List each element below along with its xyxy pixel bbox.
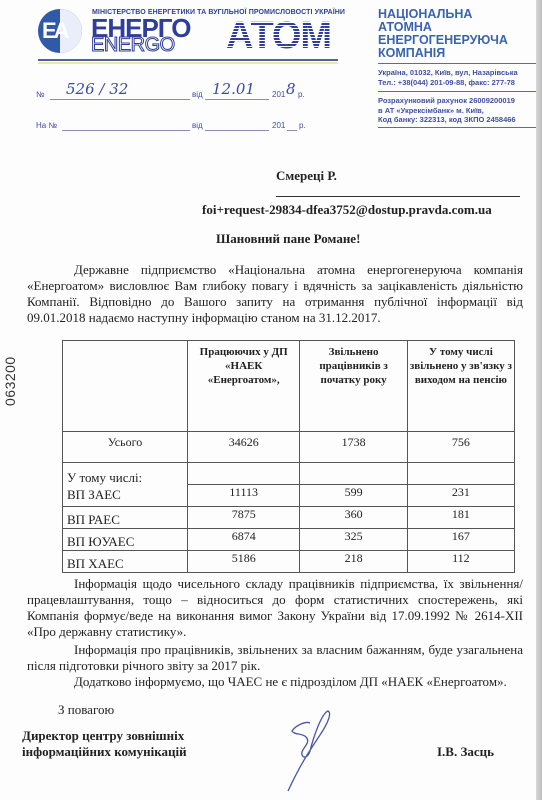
cell-retired: 756	[407, 432, 514, 463]
outgoing-number-label: №	[36, 90, 45, 99]
date-label: від	[192, 90, 203, 99]
row-label: ВП ХАЕС	[63, 551, 188, 573]
header-cell	[63, 341, 188, 432]
greeting: Шановний пане Романе!	[216, 231, 360, 247]
year-suffix: 8	[286, 80, 296, 98]
reply-number-label: На №	[36, 121, 57, 130]
brand-energo-lat: ENERGO	[91, 35, 175, 55]
cell-working: 7875	[187, 507, 299, 529]
table-row: ВП РАЕС 7875 360 181	[63, 507, 515, 529]
reply-year-unit: р.	[299, 121, 306, 130]
signatory-name: І.В. Засць	[437, 744, 494, 760]
table-row: ВП ХАЕС 5186 218 112	[63, 551, 515, 573]
cell-retired: 167	[407, 529, 514, 551]
closing-regards: З повагою	[58, 702, 114, 718]
company-name: НАЦІОНАЛЬНА АТОМНА ЕНЕРГОГЕНЕРУЮЧА КОМПА…	[378, 8, 508, 60]
cell-dismissed: 599	[300, 485, 407, 507]
header-divider-yellow	[38, 62, 338, 64]
cell-dismissed: 325	[300, 529, 407, 551]
year-unit: р.	[298, 90, 305, 99]
header-divider	[38, 59, 338, 61]
header-cell: Звільнено працівників з початку року	[300, 341, 407, 432]
company-address: Україна, 01032, Київ, вул, Назарівська Т…	[378, 68, 518, 87]
brand-atom: АТОМ	[226, 17, 331, 55]
cell-dismissed: 218	[300, 551, 407, 573]
date-value: 12.01	[212, 80, 255, 98]
outgoing-number-value: 526 / 32	[66, 80, 128, 98]
header-cell: Працюючих у ДП «НАЕК «Енергоатом»,	[187, 341, 299, 432]
cell-retired: 112	[407, 551, 514, 573]
cell-dismissed: 1738	[300, 432, 407, 463]
row-label: ВП РАЕС	[63, 507, 188, 529]
cell-working: 11113	[187, 485, 299, 507]
addressee-email: foi+request-29834-dfea3752@dostup.pravda…	[202, 202, 492, 218]
bank-details: Розрахунковий рахунок 26009200019 в АТ «…	[378, 96, 516, 125]
chaes-paragraph: Додатково інформуємо, що ЧАЕС не є підро…	[27, 674, 523, 690]
addressee-divider	[276, 196, 520, 197]
header-cell: У тому числі звільнено у зв'язку з виход…	[407, 341, 514, 432]
table-row-subheading: У тому числі: ВП ЗАЕС	[63, 463, 515, 485]
reply-date-underline	[205, 130, 269, 131]
letter-page: ЕА МІНІСТЕРСТВО ЕНЕРГЕТИКИ ТА ВУГІЛЬНОЇ …	[0, 0, 542, 800]
cell-working: 5186	[187, 551, 299, 573]
bank-divider	[378, 127, 538, 128]
reply-number-underline	[62, 130, 190, 131]
date-underline	[205, 99, 269, 100]
energoatom-logo-icon: ЕА	[38, 9, 82, 53]
company-divider	[378, 63, 538, 64]
table-row: ВП ЮУАЕС 6874 325 167	[63, 529, 515, 551]
table-header-row: Працюючих у ДП «НАЕК «Енергоатом», Звіль…	[63, 341, 515, 432]
cell-dismissed: 360	[300, 507, 407, 529]
year-prefix: 201	[272, 90, 285, 99]
staff-table: Працюючих у ДП «НАЕК «Енергоатом», Звіль…	[62, 340, 515, 573]
cell-working: 34626	[187, 432, 299, 463]
number-underline	[50, 99, 190, 100]
intro-paragraph: Державне підприємство «Національна атомн…	[27, 262, 523, 326]
reply-date-label: від	[192, 121, 203, 130]
addressee-name: Смереці Р.	[276, 168, 337, 184]
cell-working: 6874	[187, 529, 299, 551]
address-divider	[378, 91, 538, 92]
row-label: У тому числі: ВП ЗАЕС	[63, 463, 188, 507]
row-label: ВП ЮУАЕС	[63, 529, 188, 551]
table-row-total: Усього 34626 1738 756	[63, 432, 515, 463]
signature-icon	[270, 705, 360, 795]
statistics-paragraph: Інформація щодо чисельного складу праців…	[27, 576, 523, 640]
row-label: Усього	[63, 432, 188, 463]
cell-retired: 231	[407, 485, 514, 507]
signatory-position: Директор центру зовнішніх інформаційних …	[22, 728, 187, 760]
voluntary-paragraph: Інформація про працівників, звільнених з…	[27, 642, 523, 674]
scan-edge	[536, 0, 542, 800]
reply-year-underline	[287, 130, 297, 131]
cell-retired: 181	[407, 507, 514, 529]
stamp-number: 063200	[2, 356, 18, 406]
reply-year-prefix: 201	[272, 121, 285, 130]
